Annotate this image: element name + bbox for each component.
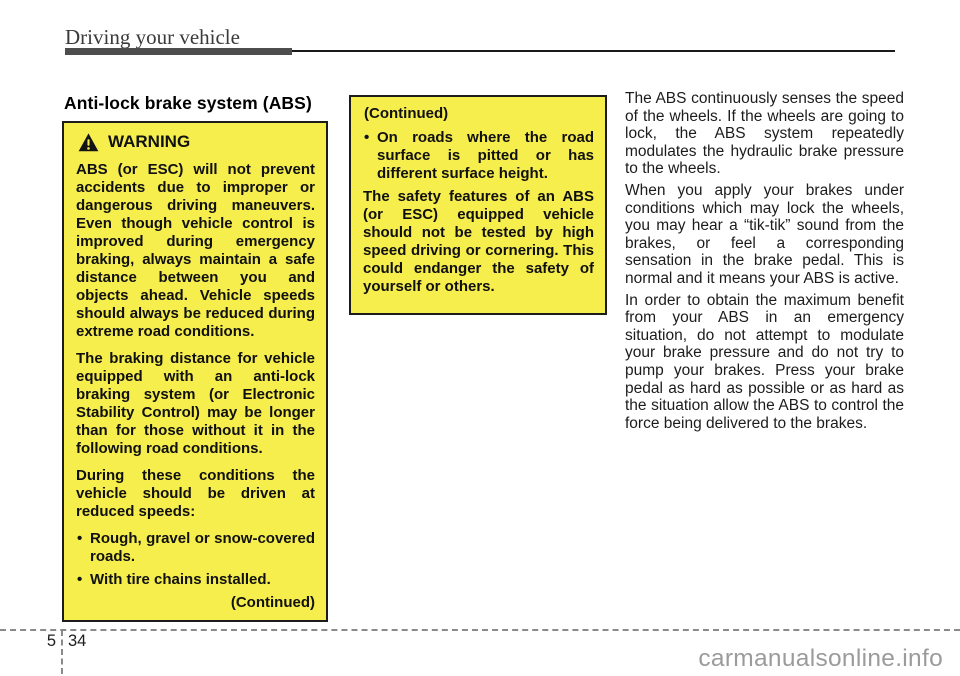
warning-box-header: WARNING: [78, 132, 315, 152]
manual-page: Driving your vehicle Anti-lock brake sys…: [0, 0, 960, 676]
chapter-number: 5: [36, 632, 56, 651]
warning-box: WARNING ABS (or ESC) will not prevent ac…: [62, 121, 328, 622]
warning-bullet-item: Rough, gravel or snow-covered roads.: [76, 530, 315, 566]
continued-bullet-item: On roads where the road surface is pitte…: [363, 129, 594, 183]
body-paragraph: In order to obtain the maximum benefit f…: [625, 292, 904, 433]
continued-label: (Continued): [364, 105, 594, 123]
chapter-header-title: Driving your vehicle: [65, 25, 240, 50]
body-paragraph: The ABS continuously senses the speed of…: [625, 90, 904, 178]
header-rule-thin-line: [292, 50, 895, 52]
warning-bullet-list: Rough, gravel or snow-covered roads. Wit…: [76, 530, 315, 589]
header-rule: [65, 48, 895, 55]
warning-paragraph: During these conditions the vehicle shou…: [76, 467, 315, 521]
page-number: 34: [68, 632, 86, 651]
continued-paragraph: The safety features of an ABS (or ESC) e…: [363, 188, 594, 296]
watermark-text: carmanualsonline.info: [698, 645, 943, 673]
warning-paragraph: The braking distance for vehicle equippe…: [76, 350, 315, 458]
continued-bullet-list: On roads where the road surface is pitte…: [363, 129, 594, 183]
body-text-column: The ABS continuously senses the speed of…: [625, 90, 904, 436]
warning-paragraph: ABS (or ESC) will not prevent accidents …: [76, 161, 315, 341]
continued-note: (Continued): [76, 594, 315, 612]
header-rule-thick-bar: [65, 48, 292, 55]
warning-bullet-item: With tire chains installed.: [76, 571, 315, 589]
footer-dashed-rule: [0, 629, 960, 631]
warning-label: WARNING: [108, 132, 190, 152]
warning-triangle-icon: [78, 133, 99, 152]
footer-vertical-dashed-line: [61, 630, 63, 674]
body-paragraph: When you apply your brakes under conditi…: [625, 182, 904, 288]
warning-continued-box: (Continued) On roads where the road surf…: [349, 95, 607, 315]
section-title: Anti-lock brake system (ABS): [64, 93, 312, 114]
